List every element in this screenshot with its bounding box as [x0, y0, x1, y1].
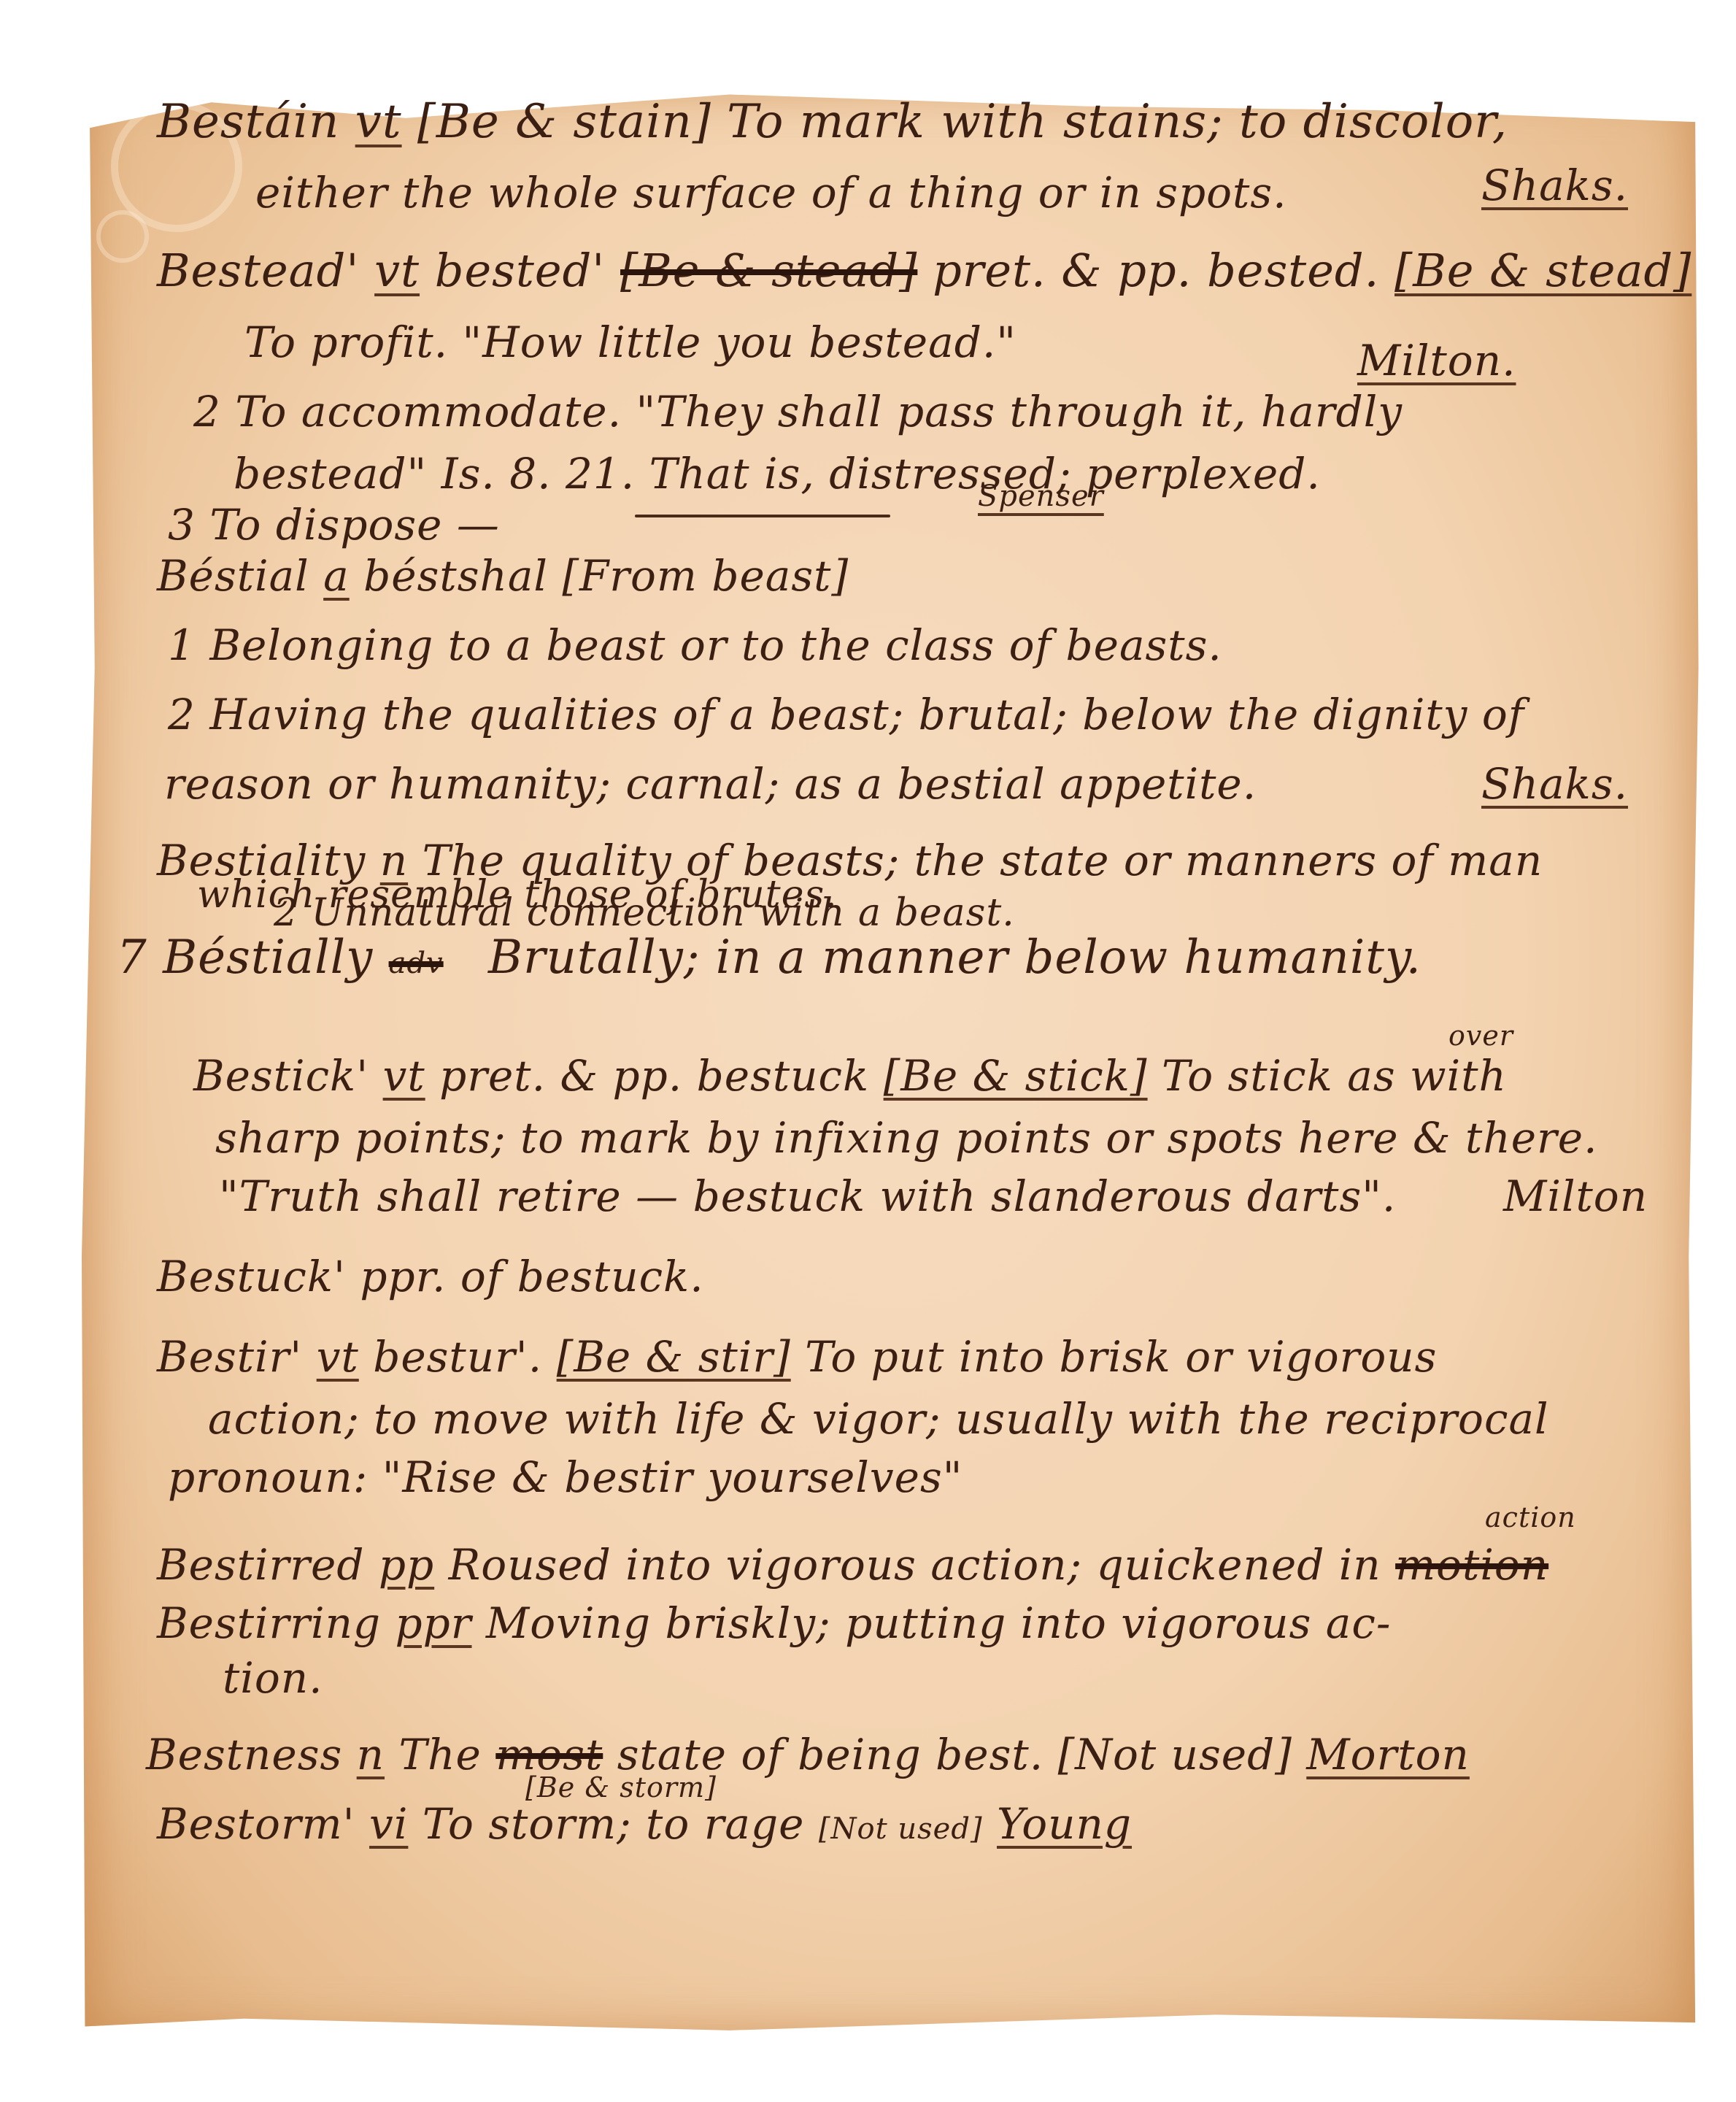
definition: 1 Belonging to a beast or to the class o…: [168, 620, 1222, 670]
definition: To stick as with: [1162, 1051, 1507, 1101]
insertion-mark: action: [1485, 1504, 1576, 1531]
headword: Béstially: [163, 931, 373, 985]
usage-note: [Not used]: [1058, 1730, 1292, 1779]
source-citation: Milton.: [1357, 339, 1516, 382]
definition: ppr. of bestuck.: [360, 1252, 703, 1301]
definition: To put into brisk or vigorous: [805, 1332, 1437, 1382]
entry-bestial-line-1: Béstial a béstshal [From beast]: [157, 555, 849, 597]
quotation: "Truth shall retire — bestuck with sland…: [219, 1171, 1396, 1221]
usage-note: [Not used]: [819, 1812, 983, 1846]
entry-bestuck-line-1: Bestuck' ppr. of bestuck.: [157, 1255, 704, 1298]
entry-bestick-line-3: "Truth shall retire — bestuck with sland…: [219, 1175, 1396, 1217]
definition: To storm; to rage: [423, 1799, 805, 1849]
definition: Roused into vigorous action; quickened i…: [449, 1540, 1381, 1590]
etymology: [Be & stain]: [417, 95, 711, 149]
entry-bestness-line-1: Bestness n The most state of being best.…: [146, 1733, 1470, 1776]
source-citation: Morton: [1306, 1730, 1470, 1779]
entry-bestirring-line-1: Bestirring ppr Moving briskly; putting i…: [157, 1602, 1391, 1644]
part-of-speech-correction: adv: [389, 947, 444, 980]
definition: action; to move with life & vigor; usual…: [208, 1394, 1549, 1444]
entry-bestorm-line-1: Bestorm' vi To storm; to rage [Not used]…: [157, 1803, 1132, 1845]
part-of-speech: vt: [317, 1332, 359, 1382]
definition: sharp points; to mark by infixing points…: [215, 1113, 1598, 1163]
definition: 3 To dispose —: [168, 500, 500, 550]
part-of-speech: n: [357, 1730, 385, 1779]
definition: To mark with stains; to discolor,: [727, 95, 1508, 149]
part-of-speech: a: [323, 551, 350, 601]
struck-text: motion: [1395, 1540, 1548, 1590]
entry-bestick-line-1: Bestick' vt pret. & pp. bestuck [Be & st…: [193, 1055, 1507, 1097]
insertion-mark: [Be & storm]: [525, 1774, 717, 1801]
headword: Bestuck': [157, 1252, 346, 1301]
entry-bestirring-line-2: tion.: [223, 1657, 323, 1699]
insertion-mark: over: [1448, 1022, 1513, 1050]
entry-bestially-line-1: 7 Béstially adv Brutally; in a manner be…: [117, 934, 1421, 981]
headword: Bestirring: [157, 1598, 381, 1648]
blank-line: [635, 515, 890, 517]
entry-bestial-line-3: 2 Having the qualities of a beast; bruta…: [168, 693, 1524, 736]
definition: either the whole surface of a thing or i…: [255, 168, 1287, 217]
source-citation: Spenser: [978, 482, 1104, 511]
source-citation: Shaks.: [1481, 164, 1628, 207]
pronunciation: béstshal: [363, 551, 548, 601]
entry-bestirred-line-1: Bestirred pp Roused into vigorous action…: [157, 1544, 1548, 1586]
entry-bestick-line-2: sharp points; to mark by infixing points…: [215, 1117, 1598, 1159]
entry-bestiality-line-3: 2 Unnatural connection with a beast.: [274, 894, 1015, 932]
entry-bestir-line-3: pronoun: "Rise & bestir yourselves": [168, 1456, 962, 1498]
verb-forms: bested': [435, 244, 606, 297]
verb-forms: pret. & pp. bested.: [933, 244, 1379, 297]
headword: Bestead': [157, 244, 359, 297]
headword: Bestir': [157, 1332, 302, 1382]
etymology: [Be & stick]: [884, 1051, 1148, 1101]
source-citation: Milton: [1503, 1175, 1648, 1217]
headword: Bestirred: [157, 1540, 364, 1590]
definition: 2 To accommodate. "They shall pass throu…: [193, 387, 1403, 436]
water-stain: [96, 210, 149, 263]
definition: reason or humanity; carnal; as a bestial…: [164, 759, 1257, 809]
part-of-speech: vt: [374, 244, 420, 297]
headword: Bestness: [146, 1730, 342, 1779]
part-of-speech: vt: [355, 95, 402, 149]
part-of-speech: pp: [379, 1540, 434, 1590]
entry-bestain-line-2: either the whole surface of a thing or i…: [255, 172, 1287, 214]
entry-bestial-line-4: reason or humanity; carnal; as a bestial…: [164, 763, 1257, 805]
definition: 2 Having the qualities of a beast; bruta…: [168, 690, 1524, 739]
entry-bestir-line-1: Bestir' vt bestur'. [Be & stir] To put i…: [157, 1336, 1437, 1378]
definition: 2 Unnatural connection with a beast.: [274, 891, 1015, 935]
definition: tion.: [223, 1653, 323, 1703]
definition: Brutally; in a manner below humanity.: [488, 931, 1421, 985]
entry-bestead-line-5: 3 To dispose —: [168, 504, 500, 546]
headword: Bestorm': [157, 1799, 355, 1849]
entry-marker: 7: [117, 931, 147, 985]
etymology: [From beast]: [562, 551, 849, 601]
headword: Bestáin: [157, 95, 339, 149]
part-of-speech: vi: [369, 1799, 408, 1849]
part-of-speech: vt: [383, 1051, 425, 1101]
entry-bestain-line-1: Bestáin vt [Be & stain] To mark with sta…: [157, 99, 1508, 145]
definition: bestead" Is. 8. 21. That is, distressed;…: [234, 449, 1321, 498]
definition: To profit. "How little you bestead.": [244, 317, 1016, 367]
verb-forms: bestur'.: [373, 1332, 542, 1382]
etymology: [Be & stead]: [1394, 244, 1691, 297]
entry-bestial-line-2: 1 Belonging to a beast or to the class o…: [168, 624, 1222, 666]
entry-bestir-line-2: action; to move with life & vigor; usual…: [208, 1398, 1549, 1440]
definition: The: [398, 1730, 481, 1779]
definition: Moving briskly; putting into vigorous ac…: [486, 1598, 1392, 1648]
entry-bestead-line-2: To profit. "How little you bestead.": [244, 321, 1016, 363]
etymology: [Be & stir]: [557, 1332, 791, 1382]
source-citation: Young: [997, 1799, 1132, 1849]
headword: Bestick': [193, 1051, 369, 1101]
entry-bestead-line-1: Bestead' vt bested' [Be & stead] pret. &…: [157, 248, 1691, 293]
struck-text: [Be & stead]: [620, 244, 917, 297]
verb-forms: pret. & pp. bestuck: [439, 1051, 869, 1101]
headword: Béstial: [157, 551, 309, 601]
entry-bestead-line-3: 2 To accommodate. "They shall pass throu…: [193, 390, 1403, 433]
entry-bestead-line-4: bestead" Is. 8. 21. That is, distressed;…: [234, 453, 1321, 495]
part-of-speech: ppr: [396, 1598, 472, 1648]
quotation: pronoun: "Rise & bestir yourselves": [168, 1452, 962, 1502]
source-citation: Shaks.: [1481, 763, 1628, 805]
